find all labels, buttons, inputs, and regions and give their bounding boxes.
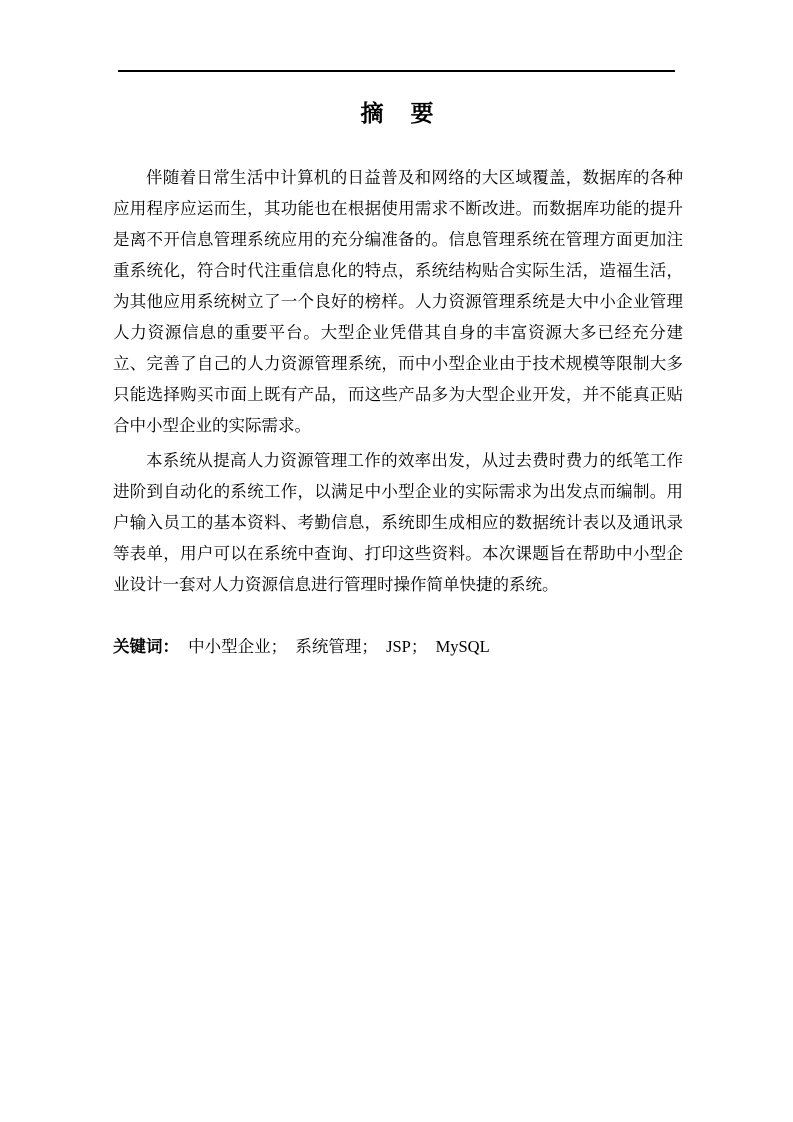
keywords-line: 关键词：中小型企业； 系统管理； JSP； MySQL [113,631,683,663]
abstract-paragraph-2: 本系统从提高人力资源管理工作的效率出发，从过去费时费力的纸笔工作进阶到自动化的系… [113,445,683,600]
keywords-items: 中小型企业； 系统管理； JSP； MySQL [179,637,490,656]
keywords-label: 关键词： [113,638,179,656]
page-title: 摘 要 [113,95,683,128]
abstract-paragraph-1: 伴随着日常生活中计算机的日益普及和网络的大区域覆盖，数据库的各种应用程序应运而生… [113,162,683,441]
abstract-body: 伴随着日常生活中计算机的日益普及和网络的大区域覆盖，数据库的各种应用程序应运而生… [113,162,683,663]
header-rule [118,70,675,72]
document-page: 摘 要 伴随着日常生活中计算机的日益普及和网络的大区域覆盖，数据库的各种应用程序… [0,0,793,1122]
